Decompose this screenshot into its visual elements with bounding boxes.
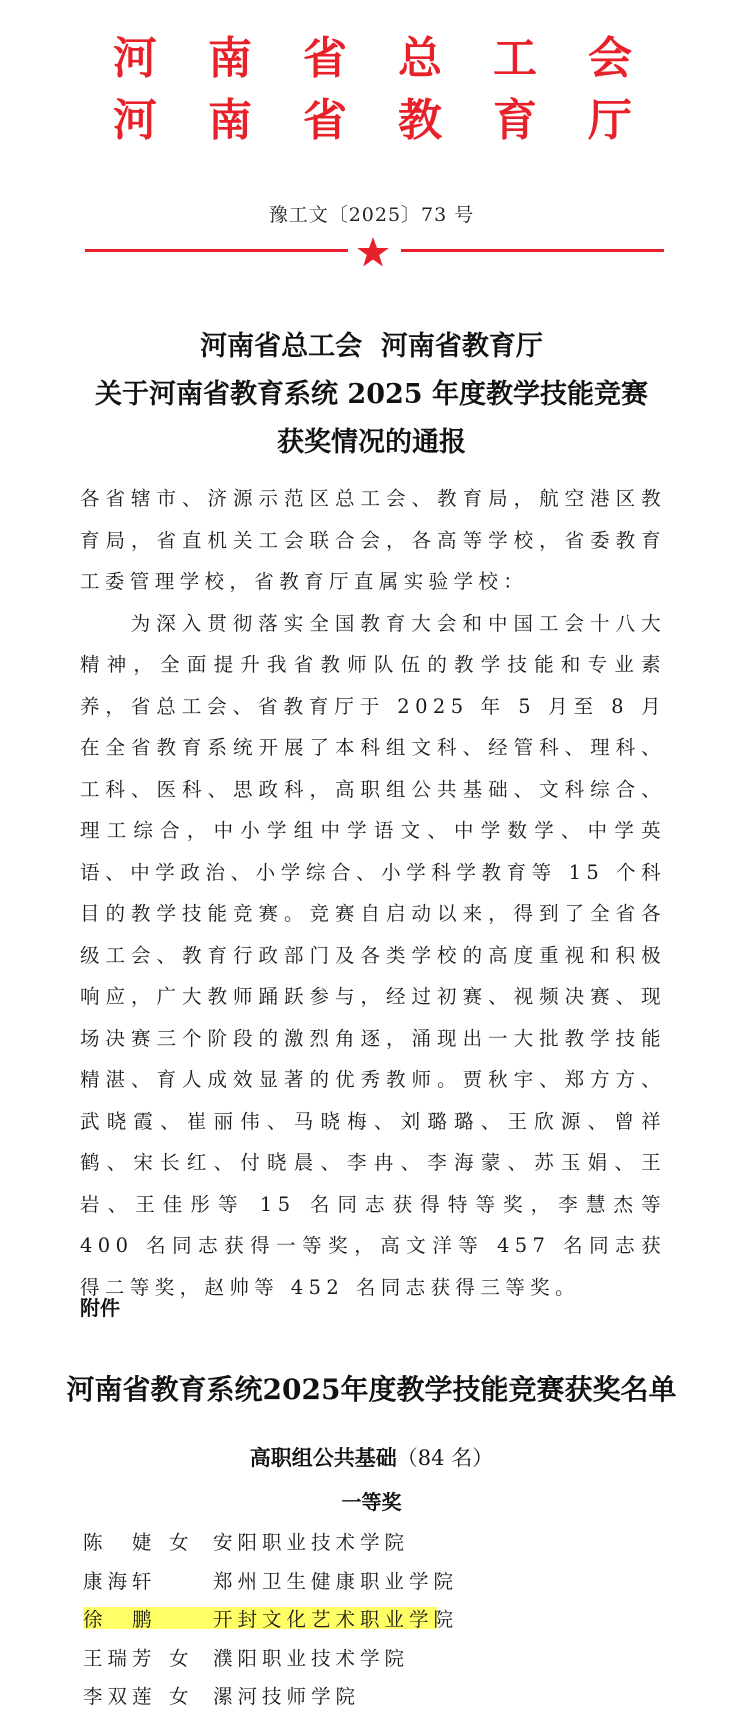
group-name: 高职组公共基础	[250, 1446, 397, 1470]
title-line-3: 获奖情况的通报	[0, 419, 743, 467]
prize-level-heading: 一等奖	[0, 1486, 743, 1515]
issuer-char: 南	[207, 90, 253, 152]
issuer-char: 育	[492, 90, 538, 152]
issuer-char: 省	[302, 28, 348, 90]
title-line-1: 河南省总工会 河南省教育厅	[0, 323, 743, 371]
winner-name: 徐 鹏	[83, 1604, 169, 1632]
winner-school: 开封文化艺术职业学院	[213, 1604, 458, 1632]
title-line-2: 关于河南省教育系统 2025 年度教学技能竞赛	[0, 371, 743, 419]
winner-row: 康海轩 郑州卫生健康职业学院	[83, 1561, 683, 1600]
winner-row: 王瑞芳 女 濮阳职业技术学院	[83, 1638, 683, 1677]
document-number: 豫工文〔2025〕73 号	[0, 200, 743, 227]
winner-name: 康海轩	[83, 1566, 169, 1594]
winner-name: 陈 婕	[83, 1527, 169, 1555]
issuer-char: 河	[112, 28, 158, 90]
winner-school: 漯河技师学院	[213, 1681, 360, 1709]
issuer-char: 总	[397, 28, 443, 90]
winner-school: 濮阳职业技术学院	[213, 1643, 409, 1671]
issuer-line-union: 河 南 省 总 工 会	[0, 28, 743, 90]
addressees: 各省辖市、济源示范区总工会、教育局，航空港区教育局，省直机关工会联合会，各高等学…	[80, 478, 666, 603]
winner-list: 陈 婕 女 安阳职业技术学院 康海轩 郑州卫生健康职业学院 徐 鹏 开封文化艺术…	[83, 1522, 683, 1715]
winner-school: 郑州卫生健康职业学院	[213, 1566, 458, 1594]
winner-school: 安阳职业技术学院	[213, 1527, 409, 1555]
attachment-label: 附件	[80, 1292, 120, 1321]
issuer-char: 南	[207, 28, 253, 90]
issuer-line-education: 河 南 省 教 育 厅	[0, 90, 743, 152]
group-heading: 高职组公共基础（84 名）	[0, 1442, 743, 1472]
winner-gender: 女	[169, 1681, 213, 1709]
star-icon	[355, 236, 391, 268]
winner-name: 王瑞芳	[83, 1643, 169, 1671]
main-paragraph: 为深入贯彻落实全国教育大会和中国工会十八大精神，全面提升我省教师队伍的教学技能和…	[80, 603, 666, 1309]
issuer-char: 省	[302, 90, 348, 152]
notice-body: 各省辖市、济源示范区总工会、教育局，航空港区教育局，省直机关工会联合会，各高等学…	[80, 478, 666, 1308]
issuer-char: 会	[587, 28, 633, 90]
winner-row-highlighted: 徐 鹏 开封文化艺术职业学院	[83, 1599, 683, 1638]
issuer-header: 河 南 省 总 工 会 河 南 省 教 育 厅	[0, 28, 743, 152]
notice-title: 河南省总工会 河南省教育厅 关于河南省教育系统 2025 年度教学技能竞赛 获奖…	[0, 323, 743, 467]
issuer-char: 教	[397, 90, 443, 152]
winner-name: 李双莲	[83, 1681, 169, 1709]
red-divider-right	[401, 249, 664, 252]
issuer-char: 工	[492, 28, 538, 90]
winner-gender: 女	[169, 1527, 213, 1555]
award-list-title: 河南省教育系统2025年度教学技能竞赛获奖名单	[0, 1368, 743, 1408]
winner-gender: 女	[169, 1643, 213, 1671]
red-divider-left	[85, 249, 348, 252]
winner-row: 陈 婕 女 安阳职业技术学院	[83, 1522, 683, 1561]
issuer-char: 河	[112, 90, 158, 152]
issuer-char: 厅	[587, 90, 633, 152]
group-count: （84 名）	[397, 1446, 493, 1470]
winner-row: 李双莲 女 漯河技师学院	[83, 1676, 683, 1715]
